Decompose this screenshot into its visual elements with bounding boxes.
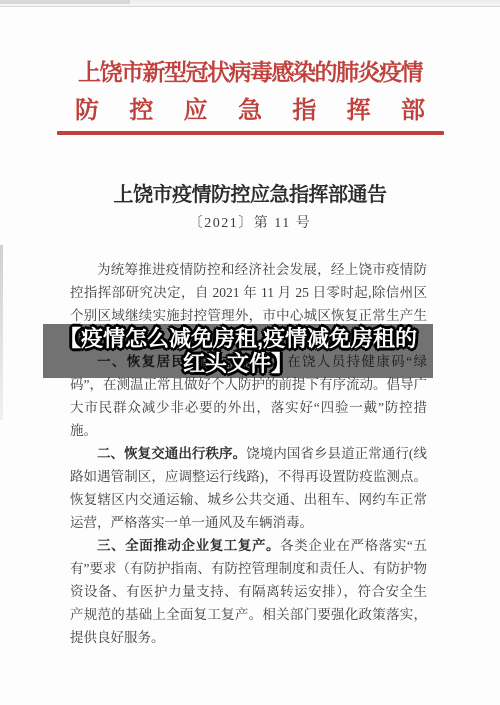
paragraph-text: 各类企业在严格落实“五有”要求（有防护指南、有防控管理制度和责任人、有防护物资设… (70, 538, 427, 645)
caption-line1: 【疫情怎么减免房租,疫情减免房租的 (59, 326, 417, 351)
red-divider (57, 131, 444, 135)
agency-header: 上饶市新型冠状病毒感染的肺炎疫情 防控应急指挥部 (0, 54, 500, 130)
notice-title: 上饶市疫情防控应急指挥部通告 (0, 178, 500, 207)
caption-line2: 红头文件】 (183, 351, 293, 376)
caption-overlay: 【疫情怎么减免房租,疫情减免房租的 红头文件】 (43, 324, 433, 378)
item-heading: 三、全面推动企业复工复产。 (97, 538, 280, 553)
doc-number: 〔2021〕第 11 号 (0, 212, 500, 232)
body-paragraph: 三、全面推动企业复工复产。各类企业在严格落实“五有”要求（有防护指南、有防控管理… (70, 534, 427, 649)
agency-name-line2: 防控应急指挥部 (75, 92, 425, 130)
document-page: 上饶市新型冠状病毒感染的肺炎疫情 防控应急指挥部 上饶市疫情防控应急指挥部通告 … (0, 0, 500, 705)
document-body: 为统筹推进疫情防控和经济社会发展，经上饶市疫情防控指挥部研究决定，自 2021 … (70, 258, 427, 649)
photo-edge-top-corner (0, 0, 130, 4)
item-heading: 二、恢复交通出行秩序。 (97, 446, 246, 461)
photo-edge-left (0, 245, 3, 420)
agency-name-line1: 上饶市新型冠状病毒感染的肺炎疫情 (0, 54, 500, 92)
body-paragraph: 二、恢复交通出行秩序。饶境内国省乡县道正常通行(线路如遇管制区，应调整运行线路)… (70, 442, 427, 534)
